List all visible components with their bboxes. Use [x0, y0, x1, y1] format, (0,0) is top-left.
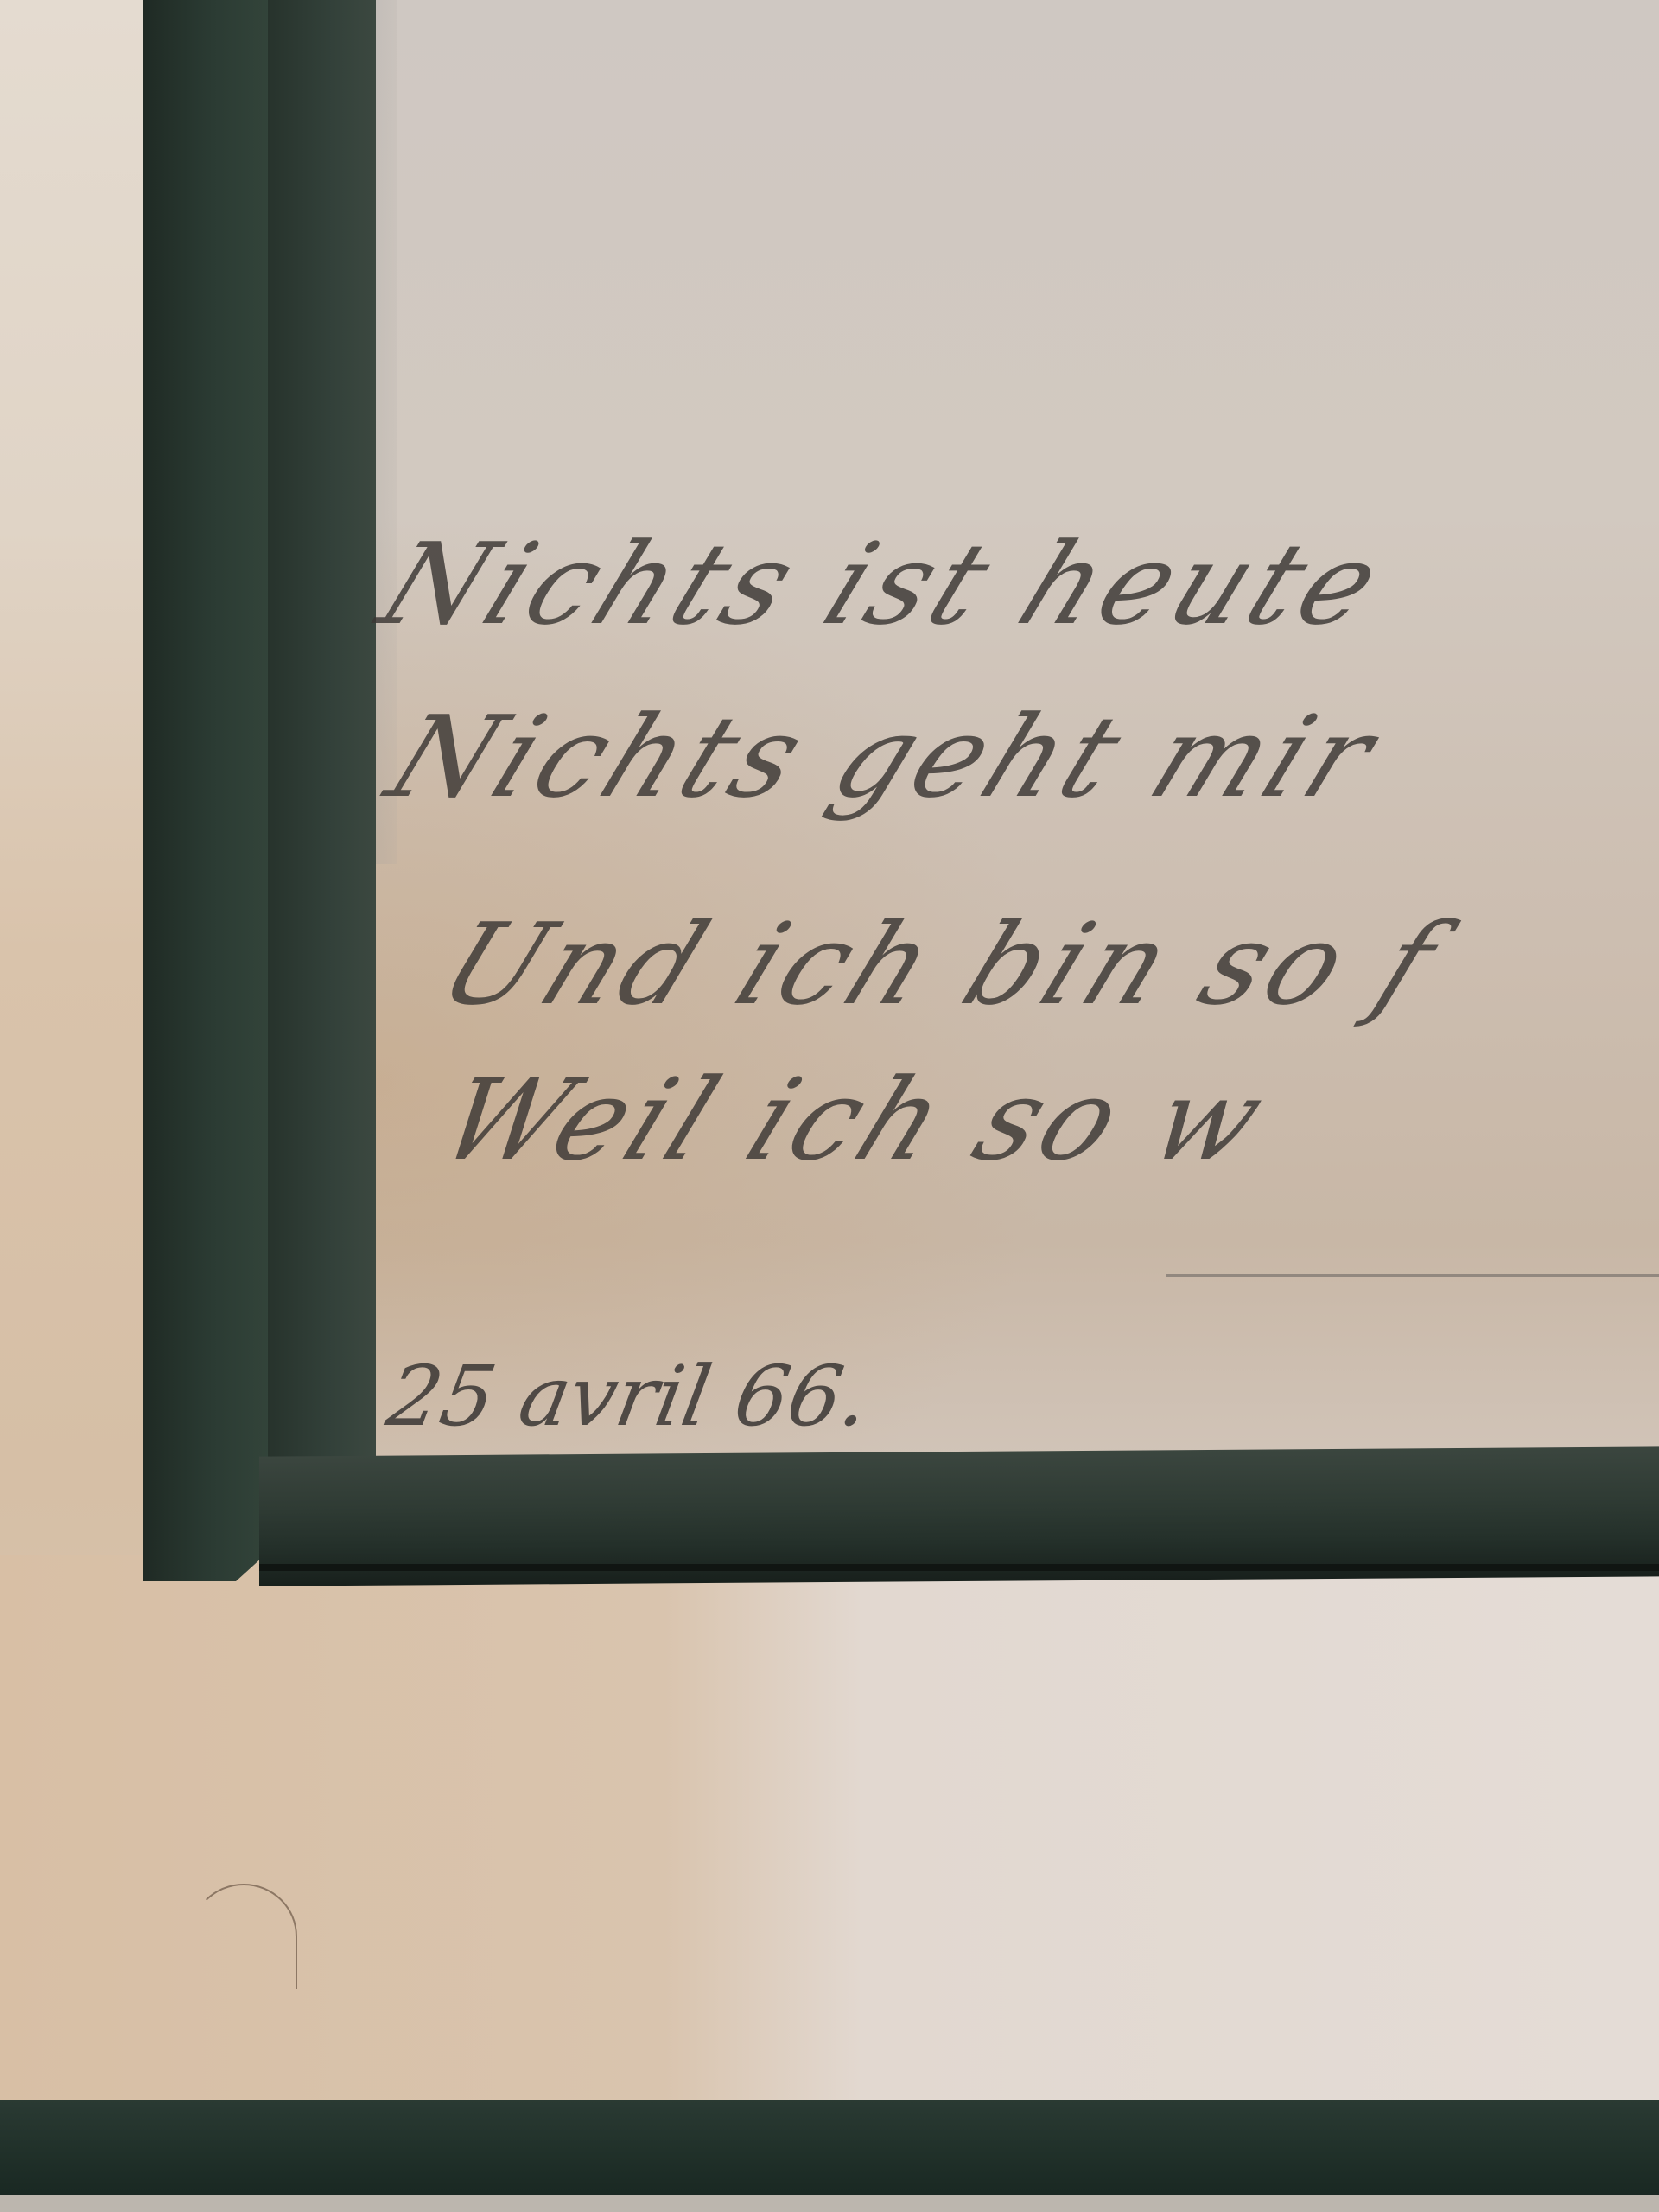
- frame-left-bevel: [268, 0, 376, 1469]
- handwritten-date: 25 avril 66.: [380, 1348, 876, 1445]
- handwriting-line-1: Nichts ist heute: [362, 518, 1403, 650]
- outer-frame-lip: [0, 2195, 1659, 2212]
- pencil-rule-line: [1166, 1274, 1659, 1277]
- frame-bottom-edge: [259, 1564, 1659, 1571]
- handwriting-line-4: Weil ich so w: [423, 1054, 1287, 1185]
- handwriting-line-3: Und ich bin so f: [423, 899, 1459, 1030]
- mat-board-bottom: [0, 1555, 1659, 2108]
- handwriting-line-2: Nichts geht mir: [371, 691, 1397, 823]
- stray-hair-mark: [190, 1884, 297, 1989]
